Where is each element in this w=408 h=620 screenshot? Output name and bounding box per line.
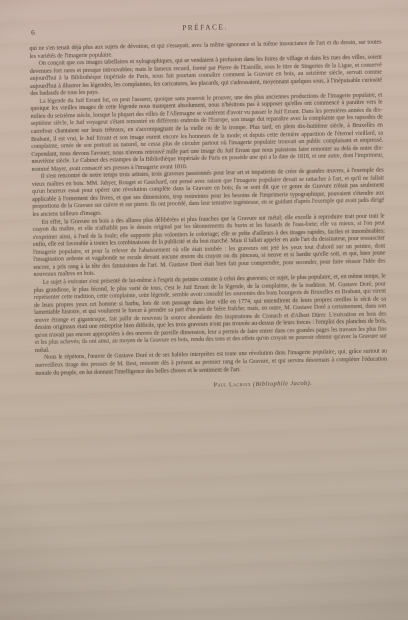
- page-title: PRÉFACE.: [29, 21, 381, 35]
- paragraph: La légende du Juif Errant fut, on peut l…: [30, 92, 383, 174]
- paragraph: Le sujet à exécuter s'est présenté de lu…: [34, 273, 387, 355]
- preface-text-column: qui ne s'en tenait déjà plus aux sujets …: [29, 40, 387, 378]
- paragraph: En effet, la Gravure en bois a des allur…: [33, 213, 386, 280]
- scanned-page-background: 6 PRÉFACE. qui ne s'en tenait déjà plus …: [0, 0, 408, 620]
- signature-name: Paul Lacroix: [214, 381, 252, 389]
- paragraph: On conçoit que ces images tabellaires et…: [30, 55, 383, 99]
- running-head: 6 PRÉFACE.: [29, 21, 381, 40]
- paragraph: Il s'est rencontré de notre temps trois …: [32, 168, 385, 220]
- author-signature: Paul Lacroix (Bibliophile Jacob).: [214, 379, 388, 389]
- signature-alias: (Bibliophile Jacob).: [253, 380, 312, 388]
- page-body: 6 PRÉFACE. qui ne s'en tenait déjà plus …: [29, 21, 388, 392]
